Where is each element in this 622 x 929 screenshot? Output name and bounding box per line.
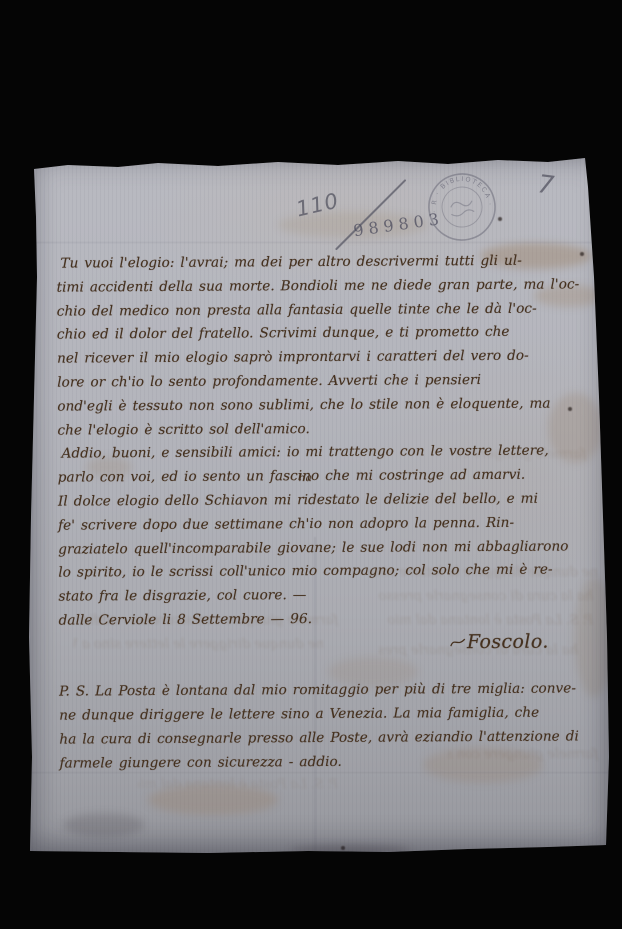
letter-line: ond'egli è tessuto non sono sublimi, che… — [57, 392, 579, 419]
blank-line — [59, 654, 581, 681]
folio-number-annotation: 110 — [294, 188, 341, 221]
letter-line: che l'elogio è scritto sol dell'amico. — [57, 416, 579, 443]
letter-line: Addio, buoni, e sensibili amici: io mi t… — [58, 440, 580, 467]
signature-row: Foscolo. — [59, 630, 581, 657]
letter-line: chio del medico non presta alla fantasia… — [57, 297, 579, 324]
signature-flourish — [449, 635, 467, 649]
seal-text: · R · BIBLIOTECA · — [424, 169, 495, 220]
letter-line: parlo con voi, ed io sento un fascino ch… — [58, 464, 580, 491]
letter-line: timi accidenti della sua morte. Bondioli… — [57, 273, 579, 300]
letter-body: Tu vuoi l'elogio: l'avrai; ma dei per al… — [56, 249, 581, 776]
photograph-background: 7 110 989803 · R · BIBLIOTECA · ne dunqu… — [0, 0, 622, 929]
letter-line: stato fra le disgrazie, col cuore. — — [58, 583, 580, 610]
crease-line — [28, 241, 610, 243]
letter-line: chio ed il dolor del fratello. Scrivimi … — [57, 321, 579, 348]
postscript-line: ne dunque diriggere le lettere sino a Ve… — [59, 702, 581, 729]
page-number-annotation: 7 — [536, 169, 555, 200]
postscript-line: P. S. La Posta è lontana dal mio romitag… — [59, 678, 581, 705]
signature: Foscolo. — [467, 630, 549, 652]
letter-line: lore or ch'io lo sento profondamente. Av… — [57, 368, 579, 395]
ink-speck — [580, 252, 584, 256]
postscript-line: farmele giungere con sicurezza - addio. — [59, 749, 581, 776]
seal-emblem — [449, 199, 474, 217]
letter-line: Tu vuoi l'elogio: l'avrai; ma dei per al… — [56, 249, 578, 276]
smudge-stain — [64, 813, 144, 837]
foxing-stain — [148, 785, 278, 815]
svg-text:· R · BIBLIOTECA ·: · R · BIBLIOTECA · — [424, 169, 495, 220]
letter-line: nel ricever il mio elogio saprò impronta… — [57, 345, 579, 372]
postscript-line: ha la cura di consegnarle presso alle Po… — [59, 725, 581, 752]
ink-bleedthrough: P. S. La Posta è lontana dal mio romitag… — [138, 773, 338, 797]
letter-line: graziatelo quell'incomparabile giovane; … — [58, 535, 580, 562]
smudge-stain — [290, 845, 410, 855]
interlinear-insertion: ha — [299, 467, 312, 491]
dateline: dalle Cerviole li 8 Settembre — 96. — [59, 606, 581, 633]
letter-line: fe' scrivere dopo due settimane ch'io no… — [58, 511, 580, 538]
letter-page: 7 110 989803 · R · BIBLIOTECA · ne dunqu… — [28, 157, 610, 855]
letter-line: lo spirito, io le scrissi coll'unico mio… — [58, 559, 580, 586]
library-seal-stamp: · R · BIBLIOTECA · — [412, 157, 512, 257]
letter-line: Il dolce elogio dello Schiavon mi ridest… — [58, 487, 580, 514]
ink-speck — [341, 846, 345, 850]
